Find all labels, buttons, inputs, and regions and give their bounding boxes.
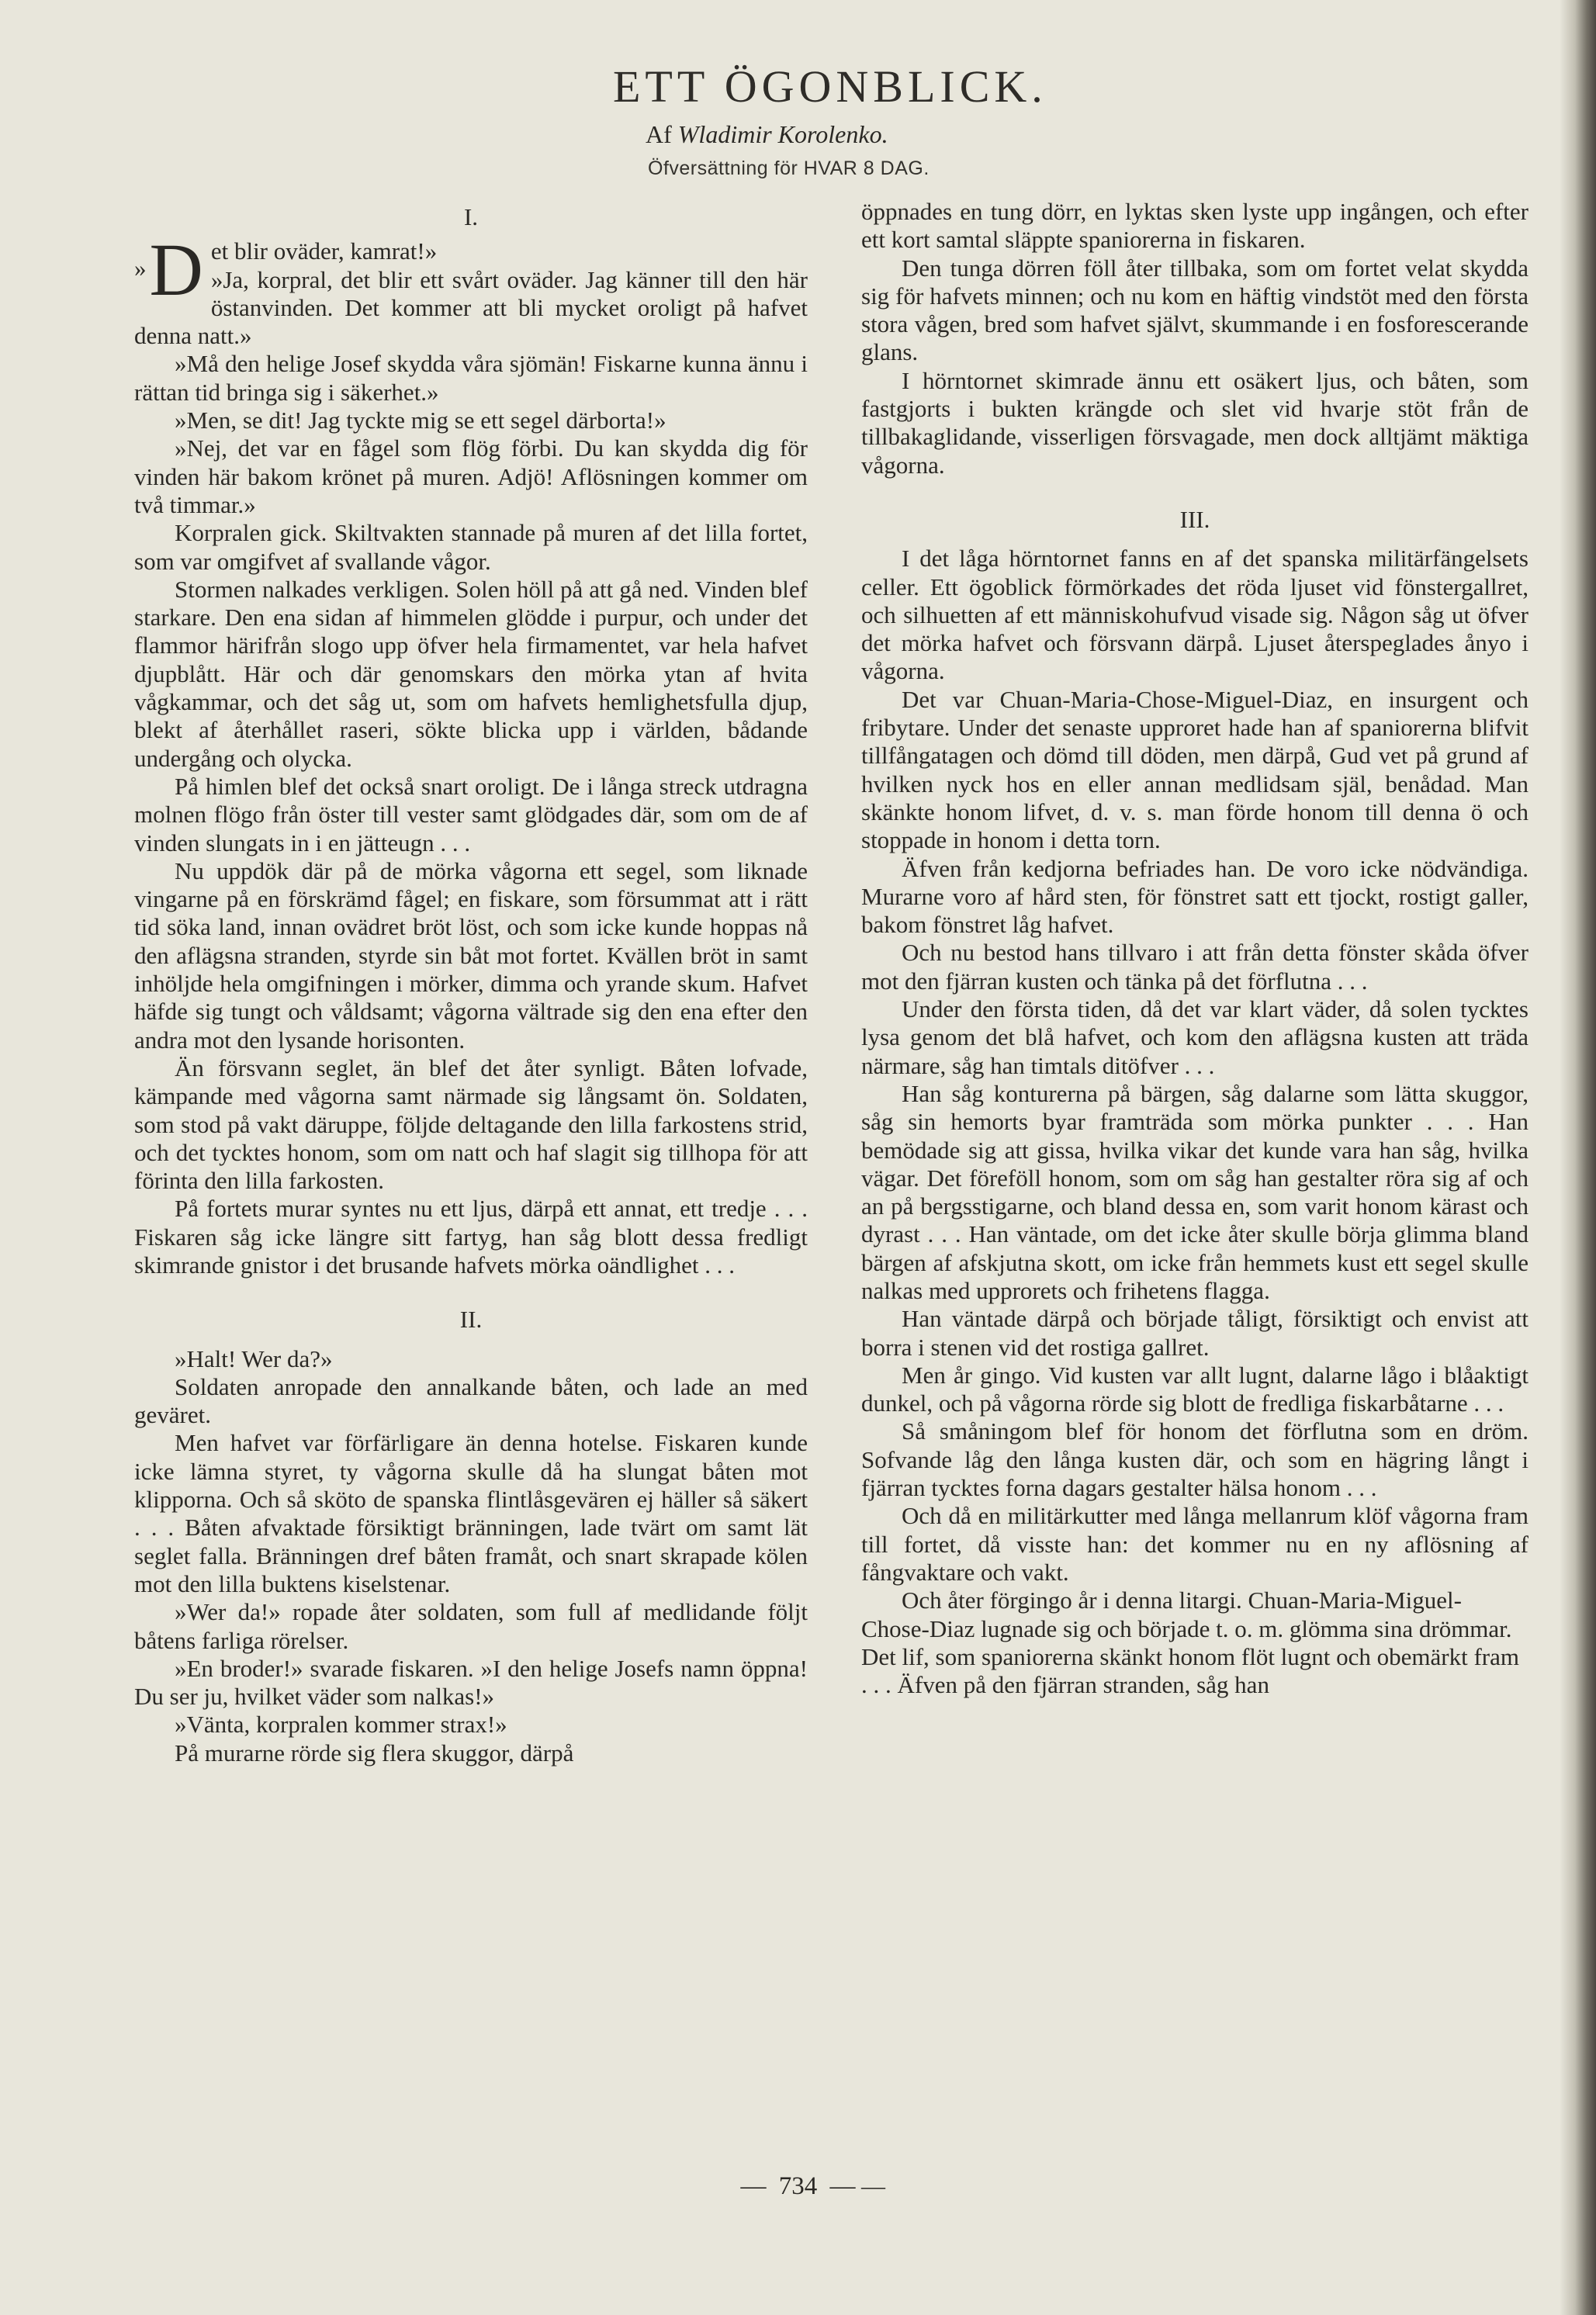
paragraph: »Halt! Wer da?»	[134, 1345, 808, 1373]
paragraph: Men hafvet var förfärligare än denna hot…	[134, 1429, 808, 1598]
paragraph: I det låga hörntornet fanns en af det sp…	[861, 545, 1528, 685]
page-number: — 734 —	[0, 2172, 1596, 2201]
paragraph: På himlen blef det också snart oroligt. …	[134, 773, 808, 857]
paragraph: Under den första tiden, då det var klart…	[861, 995, 1528, 1080]
section-heading-2: II.	[134, 1306, 808, 1334]
paragraph: Och då en militärkutter med långa mellan…	[861, 1502, 1528, 1587]
paragraph: »Ja, korpral, det blir ett svårt oväder.…	[134, 266, 808, 351]
story-title: ETT ÖGONBLICK.	[613, 61, 1047, 112]
author-name: Wladimir Korolenko.	[678, 120, 888, 148]
paragraph: Han såg konturerna på bärgen, såg dalarn…	[861, 1080, 1528, 1305]
paragraph: Den tunga dörren föll åter tillbaka, som…	[861, 254, 1528, 367]
byline-prefix: Af	[646, 120, 672, 148]
paragraph: Än försvann seglet, än blef det åter syn…	[134, 1054, 808, 1195]
paragraph: »Wer da!» ropade åter soldaten, som full…	[134, 1598, 808, 1655]
magazine-page: ETT ÖGONBLICK. Af Wladimir Korolenko. Öf…	[0, 0, 1596, 2315]
paragraph: »Må den helige Josef skydda våra sjömän!…	[134, 350, 808, 407]
paragraph: »En broder!» svarade fiskaren. »I den he…	[134, 1655, 808, 1711]
right-column: öppnades en tung dörr, en lyktas sken ly…	[861, 198, 1528, 1699]
section-heading-3: III.	[861, 506, 1528, 534]
paragraph: Nu uppdök där på de mörka vågorna ett se…	[134, 857, 808, 1054]
paragraph: Men år gingo. Vid kusten var allt lugnt,…	[861, 1362, 1528, 1418]
paragraph: Soldaten anropade den annalkande båten, …	[134, 1373, 808, 1430]
paragraph: Och åter förgingo år i denna litargi. Ch…	[861, 1587, 1528, 1699]
paragraph: öppnades en tung dörr, en lyktas sken ly…	[861, 198, 1528, 254]
paragraph: I hörntornet skimrade ännu ett osäkert l…	[861, 367, 1528, 479]
paragraph: Och nu bestod hans tillvaro i att från d…	[861, 939, 1528, 995]
paragraph: På murarne rörde sig flera skuggor, därp…	[134, 1739, 808, 1767]
drop-cap-letter: D	[150, 242, 203, 298]
stray-dash-mark: —	[861, 2172, 885, 2200]
paragraph: Det var Chuan-Maria-Chose-Miguel-Diaz, e…	[861, 686, 1528, 855]
paragraph: På fortets murar syntes nu ett ljus, där…	[134, 1195, 808, 1279]
opening-paragraph: » D et blir oväder, kamrat!» »Ja, korpra…	[134, 237, 808, 350]
paragraph: »Vänta, korpralen kommer strax!»	[134, 1711, 808, 1739]
opening-quote-mark: »	[134, 254, 147, 282]
left-column: I. » D et blir oväder, kamrat!» »Ja, kor…	[134, 203, 808, 1767]
paragraph: Så småningom blef för honom det förflutn…	[861, 1417, 1528, 1502]
translation-note: Öfversättning för HVAR 8 DAG.	[648, 157, 930, 180]
paragraph: et blir oväder, kamrat!»	[134, 237, 808, 265]
byline: Af Wladimir Korolenko.	[646, 120, 888, 149]
paragraph: Han väntade därpå och började tåligt, fö…	[861, 1305, 1528, 1362]
paragraph: Korpralen gick. Skiltvakten stannade på …	[134, 519, 808, 576]
paragraph: Stormen nalkades verkligen. Solen höll p…	[134, 576, 808, 773]
paragraph: »Nej, det var en fågel som flög förbi. D…	[134, 434, 808, 519]
section-heading-1: I.	[134, 203, 808, 231]
paragraph: Äfven från kedjorna befriades han. De vo…	[861, 855, 1528, 939]
paragraph: »Men, se dit! Jag tyckte mig se ett sege…	[134, 407, 808, 434]
